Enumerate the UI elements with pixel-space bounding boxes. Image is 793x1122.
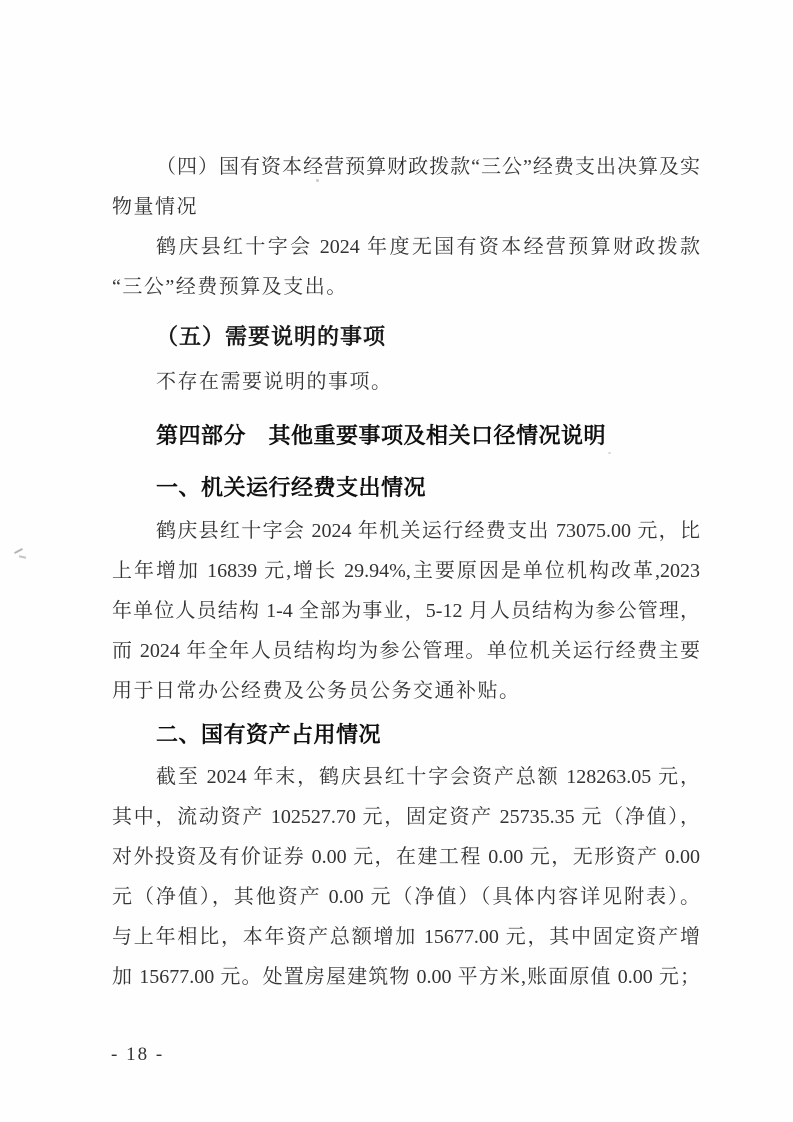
para-line: （四）国有资本经营预算财政拨款“三公”经费支出决算及实 [112, 147, 700, 187]
para-line: 其中，流动资产 102527.70 元，固定资产 25735.35 元（净值）， [112, 797, 700, 837]
para-line: “三公”经费预算及支出。 [112, 267, 700, 307]
page-number: - 18 - [111, 1044, 164, 1066]
para-line: 鹤庆县红十字会 2024 年机关运行经费支出 73075.00 元，比 [112, 511, 700, 551]
para-line: 物量情况 [112, 187, 700, 227]
scan-smudge-artifact [14, 548, 32, 560]
para-line: 上年增加 16839 元,增长 29.94%,主要原因是单位机构改革,2023 [112, 551, 700, 591]
para-line: 与上年相比，本年资产总额增加 15677.00 元，其中固定资产增 [112, 917, 700, 957]
text-block: （四）国有资本经营预算财政拨款“三公”经费支出决算及实 物量情况 鹤庆县红十字会… [112, 147, 700, 997]
para-line: 不存在需要说明的事项。 [112, 362, 700, 402]
para-line: 对外投资及有价证券 0.00 元，在建工程 0.00 元，无形资产 0.00 [112, 837, 700, 877]
para-line: 年单位人员结构 1-4 全部为事业，5-12 月人员结构为参公管理， [112, 591, 700, 631]
para-line: 截至 2024 年末，鹤庆县红十字会资产总额 128263.05 元， [112, 757, 700, 797]
para-line: 鹤庆县红十字会 2024 年度无国有资本经营预算财政拨款 [112, 227, 700, 267]
para-line: 加 15677.00 元。处置房屋建筑物 0.00 平方米,账面原值 0.00 … [112, 957, 700, 997]
scan-speck-artifact [316, 179, 319, 182]
para-line: 元（净值），其他资产 0.00 元（净值）（具体内容详见附表）。 [112, 877, 700, 917]
heading-section2: 二、国有资产占用情况 [112, 713, 700, 757]
scan-speck-artifact [608, 452, 611, 454]
document-page: （四）国有资本经营预算财政拨款“三公”经费支出决算及实 物量情况 鹤庆县红十字会… [0, 0, 793, 1122]
heading-section1: 一、机关运行经费支出情况 [112, 466, 700, 510]
heading-item5: （五）需要说明的事项 [112, 317, 700, 357]
scan-speck-artifact [487, 246, 490, 248]
para-line: 用于日常办公经费及公务员公务交通补贴。 [112, 671, 700, 711]
heading-part4-title: 第四部分 其他重要事项及相关口径情况说明 [112, 414, 700, 458]
para-line: 而 2024 年全年人员结构均为参公管理。单位机关运行经费主要 [112, 631, 700, 671]
